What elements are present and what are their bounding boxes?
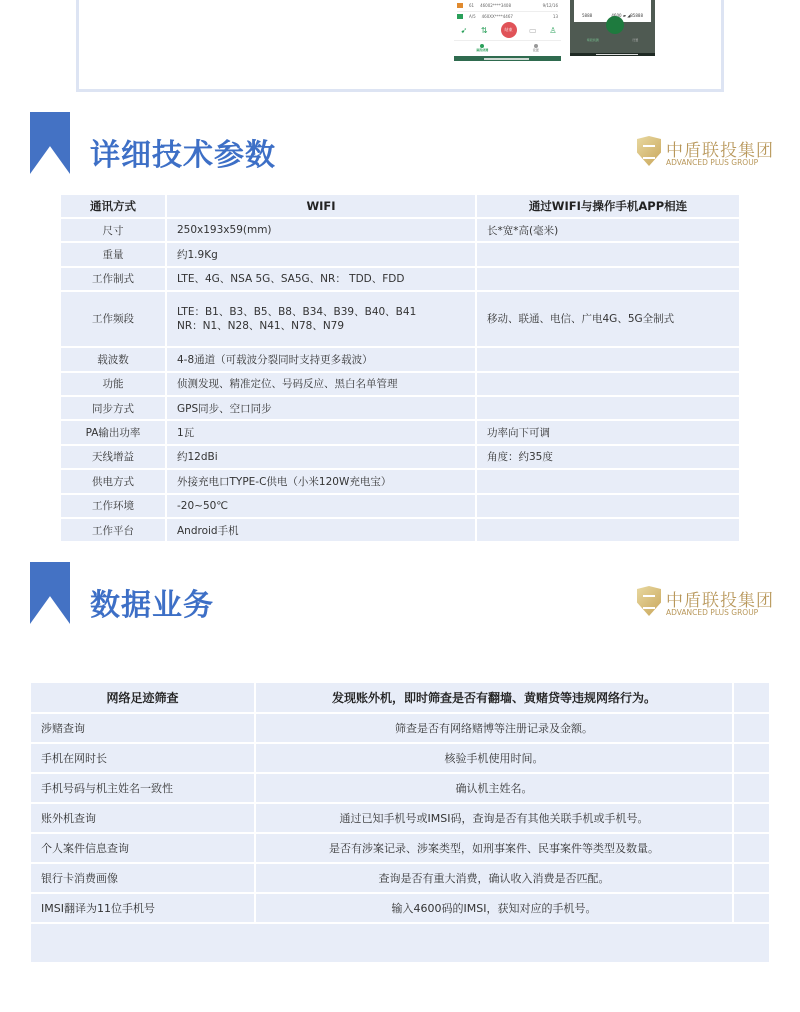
header-cell: 通讯方式 (61, 195, 167, 219)
table-row: 银行卡消费画像 查询是否有重大消费，确认收入消费是否匹配。 (31, 864, 769, 894)
table-row: 工作制式 LTE、4G、NSA 5G、SA5G、NR： TDD、FDD (61, 268, 739, 292)
tab-label: 频段侦测 (587, 38, 599, 42)
service-desc: 确认机主姓名。 (256, 774, 734, 804)
tab-label: 设置 (632, 38, 638, 42)
param-name: 工作制式 (61, 268, 167, 292)
header-cell: 网络足迹筛查 (31, 683, 256, 714)
param-value: 约12dBi (167, 446, 477, 470)
param-note (477, 470, 739, 494)
table-row: IMSI翻译为11位手机号 输入4600码的IMSI，获知对应的手机号。 (31, 894, 769, 924)
param-name: 供电方式 (61, 470, 167, 494)
table-row: PA输出功率 1瓦 功率向下可调 (61, 421, 739, 445)
empty-cell (734, 714, 769, 744)
shield-logo-icon (637, 586, 661, 616)
stop-button: 结束 (501, 22, 517, 38)
table-row: 账外机查询 通过已知手机号或IMSI码，查询是否有其他关联手机或手机号。 (31, 804, 769, 834)
phone1-tabbar: 频段侦测 设置 (454, 40, 561, 54)
arrows-updown-icon: ⇅ (480, 26, 488, 35)
row-label: 61 (469, 3, 474, 8)
param-name: 工作频段 (61, 292, 167, 348)
param-value: Android手机 (167, 519, 477, 543)
param-value: -20~50℃ (167, 495, 477, 519)
section-header-specs: 详细技术参数 中盾联投集团 ADVANCED PLUS GROUP (30, 112, 770, 172)
bookmark-icon (30, 562, 70, 624)
row-meta: 13 (553, 14, 558, 19)
param-name: 工作平台 (61, 519, 167, 543)
brand-name-en: ADVANCED PLUS GROUP (666, 158, 758, 167)
param-note (477, 268, 739, 292)
param-value: 侦测发现、精准定位、号码反应、黑白名单管理 (167, 373, 477, 397)
service-name: 个人案件信息查询 (31, 834, 256, 864)
brand-name-en: ADVANCED PLUS GROUP (666, 608, 758, 617)
service-desc: 筛查是否有网络赌博等注册记录及金额。 (256, 714, 734, 744)
brand-logo: 中盾联投集团 ADVANCED PLUS GROUP (635, 136, 770, 172)
service-desc: 通过已知手机号或IMSI码，查询是否有其他关联手机或手机号。 (256, 804, 734, 834)
param-note: 长*宽*高(毫米) (477, 219, 739, 243)
empty-cell (734, 683, 769, 714)
param-name: 载波数 (61, 348, 167, 372)
param-note (477, 495, 739, 519)
param-value: 外接充电口TYPE-C供电（小米120W充电宝） (167, 470, 477, 494)
param-value-line: NR：N1、N28、N41、N78、N79 (177, 319, 465, 333)
param-note (477, 397, 739, 421)
empty-cell (31, 924, 769, 962)
param-name: 重量 (61, 243, 167, 267)
section-header-data-services: 数据业务 中盾联投集团 ADVANCED PLUS GROUP (30, 562, 770, 622)
start-button (606, 16, 624, 34)
flag-icon (457, 3, 463, 8)
param-name: 天线增益 (61, 446, 167, 470)
param-name: 尺寸 (61, 219, 167, 243)
service-name: 账外机查询 (31, 804, 256, 834)
service-desc: 核验手机使用时间。 (256, 744, 734, 774)
tab-detect: 频段侦测 (476, 44, 488, 52)
param-value: 4-8通道（可载波分裂同时支持更多载波） (167, 348, 477, 372)
section-title: 详细技术参数 (90, 130, 276, 174)
table-header-row: 网络足迹筛查 发现账外机，即时筛查是否有翻墙、黄赌贷等违规网络行为。 (31, 683, 769, 714)
header-cell: 发现账外机，即时筛查是否有翻墙、黄赌贷等违规网络行为。 (256, 683, 734, 714)
row-label: A/5 (469, 14, 476, 19)
brand-logo: 中盾联投集团 ADVANCED PLUS GROUP (635, 586, 770, 622)
table-row: 同步方式 GPS同步、空口同步 (61, 397, 739, 421)
param-note (477, 519, 739, 543)
antenna-icon: ➹ (460, 26, 468, 35)
empty-cell (734, 774, 769, 804)
table-footer-row (31, 924, 769, 962)
table-row: 工作平台 Android手机 (61, 519, 739, 543)
spec-table: 通讯方式 WIFI 通过WIFI与操作手机APP相连 尺寸 250x193x59… (61, 195, 739, 543)
bookmark-icon (30, 112, 70, 174)
person-search-icon: ♙ (549, 26, 557, 35)
phone2-tabbar: 频段侦测 设置 (570, 38, 655, 42)
param-name: 功能 (61, 373, 167, 397)
toggle-icon: ▭ (529, 26, 537, 35)
service-desc: 查询是否有重大消费，确认收入消费是否匹配。 (256, 864, 734, 894)
service-name: 手机在网时长 (31, 744, 256, 774)
table-row: 手机在网时长 核验手机使用时间。 (31, 744, 769, 774)
param-note (477, 373, 739, 397)
dialog-left-value: 5888 (582, 13, 592, 18)
param-value: LTE：B1、B3、B5、B8、B34、B39、B40、B41 NR：N1、N2… (167, 292, 477, 348)
row-value: 460XX****4467 (482, 14, 513, 19)
param-value: LTE、4G、NSA 5G、SA5G、NR： TDD、FDD (167, 268, 477, 292)
param-value-line: LTE：B1、B3、B5、B8、B34、B39、B40、B41 (177, 305, 465, 319)
phone-screenshot-2: 5888 4600 ▰ ◢85888 频段侦测 设置 (570, 0, 655, 56)
table-row: 天线增益 约12dBi 角度：约35度 (61, 446, 739, 470)
table-row: 工作频段 LTE：B1、B3、B5、B8、B34、B39、B40、B41 NR：… (61, 292, 739, 348)
empty-cell (734, 804, 769, 834)
header-cell: 通过WIFI与操作手机APP相连 (477, 195, 739, 219)
tab-label: 频段侦测 (476, 48, 488, 52)
table-row: 载波数 4-8通道（可载波分裂同时支持更多载波） (61, 348, 739, 372)
param-name: PA输出功率 (61, 421, 167, 445)
row-meta: 9/12/16 (543, 3, 558, 8)
phone-screenshot-1: 61 46002****3408 9/12/16 A/5 460XX****44… (454, 0, 561, 61)
param-note (477, 348, 739, 372)
table-row: 个人案件信息查询 是否有涉案记录、涉案类型，如刑事案件、民事案件等类型及数量。 (31, 834, 769, 864)
table-header-row: 通讯方式 WIFI 通过WIFI与操作手机APP相连 (61, 195, 739, 219)
service-name: 手机号码与机主姓名一致性 (31, 774, 256, 804)
phone1-controls: ➹ ⇅ 结束 ▭ ♙ (460, 22, 557, 38)
param-value: 约1.9Kg (167, 243, 477, 267)
empty-cell (734, 894, 769, 924)
flag-icon (457, 14, 463, 19)
param-note: 移动、联通、电信、广电4G、5G全制式 (477, 292, 739, 348)
service-desc: 输入4600码的IMSI，获知对应的手机号。 (256, 894, 734, 924)
section-title: 数据业务 (90, 580, 214, 624)
empty-cell (734, 744, 769, 774)
param-name: 工作环境 (61, 495, 167, 519)
phone1-row: 61 46002****3408 9/12/16 (457, 0, 558, 10)
param-value: 250x193x59(mm) (167, 219, 477, 243)
table-row: 功能 侦测发现、精准定位、号码反应、黑白名单管理 (61, 373, 739, 397)
home-indicator (484, 58, 529, 60)
param-value: GPS同步、空口同步 (167, 397, 477, 421)
table-row: 涉赌查询 筛查是否有网络赌博等注册记录及金额。 (31, 714, 769, 744)
data-services-table: 网络足迹筛查 发现账外机，即时筛查是否有翻墙、黄赌贷等违规网络行为。 涉赌查询 … (31, 683, 769, 962)
service-name: 银行卡消费画像 (31, 864, 256, 894)
param-value: 1瓦 (167, 421, 477, 445)
param-note: 角度：约35度 (477, 446, 739, 470)
param-name: 同步方式 (61, 397, 167, 421)
param-note: 功率向下可调 (477, 421, 739, 445)
shield-logo-icon (637, 136, 661, 166)
table-row: 尺寸 250x193x59(mm) 长*宽*高(毫米) (61, 219, 739, 243)
empty-cell (734, 864, 769, 894)
service-name: IMSI翻译为11位手机号 (31, 894, 256, 924)
service-desc: 是否有涉案记录、涉案类型，如刑事案件、民事案件等类型及数量。 (256, 834, 734, 864)
service-name: 涉赌查询 (31, 714, 256, 744)
table-row: 手机号码与机主姓名一致性 确认机主姓名。 (31, 774, 769, 804)
tab-label: 设置 (533, 48, 539, 52)
param-note (477, 243, 739, 267)
table-row: 供电方式 外接充电口TYPE-C供电（小米120W充电宝） (61, 470, 739, 494)
tab-settings: 设置 (533, 44, 539, 52)
header-cell: WIFI (167, 195, 477, 219)
empty-cell (734, 834, 769, 864)
row-value: 46002****3408 (480, 3, 511, 8)
home-indicator (596, 54, 638, 55)
phone1-row: A/5 460XX****4467 13 (457, 11, 558, 21)
table-row: 工作环境 -20~50℃ (61, 495, 739, 519)
table-row: 重量 约1.9Kg (61, 243, 739, 267)
